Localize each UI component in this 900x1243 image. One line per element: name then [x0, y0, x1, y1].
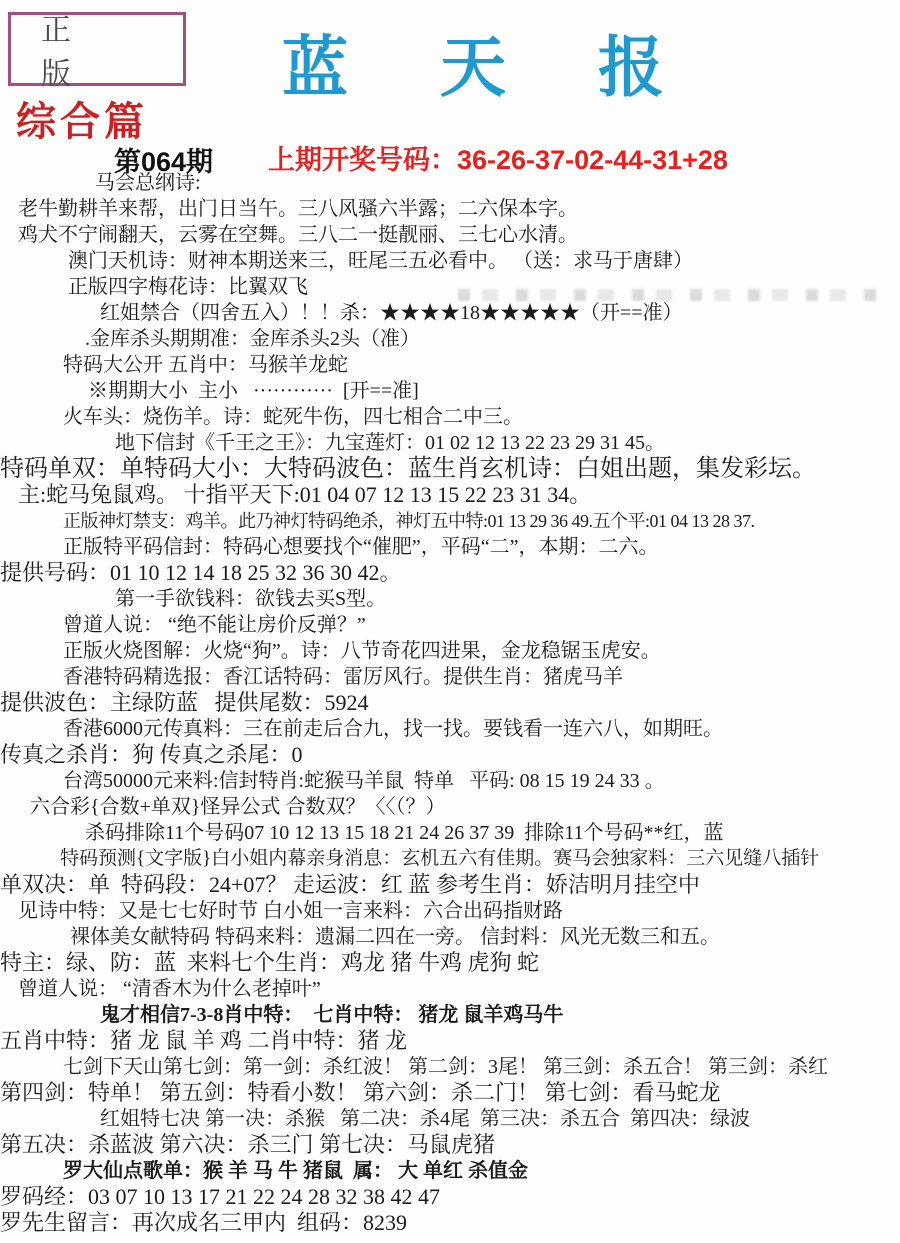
text-line: 火车头：烧伤羊。诗：蛇死牛伤，四七相合二中三。 [0, 404, 900, 430]
text-line: 单双决：单 特码段：24+07？ 走运波：红 蓝 参考生肖：娇洁明月挂空中 [0, 872, 900, 898]
text-line: 香港特码精选报：香江话特码：雷厉风行。提供生肖：猪虎马羊 [0, 664, 900, 690]
text-line: 杀码排除11个号码07 10 12 13 15 18 21 24 26 37 3… [0, 820, 900, 846]
text-line: 马会总纲诗: [0, 170, 900, 196]
text-line: 见诗中特：又是七七好时节 白小姐一言来料：六合出码指财路 [0, 898, 900, 924]
text-line: 特码预测{文字版}白小姐内幕亲身消息：玄机五六有佳期。赛马会独家料：三六见缝八插… [0, 846, 900, 872]
edition-badge: 正 版 [8, 12, 186, 86]
text-line: 鸡犬不宁闹翻天，云雾在空舞。三八二一挺靓丽、三七心水清。 [0, 222, 900, 248]
body-lines: 马会总纲诗:老牛勤耕羊来帮，出门日当午。三八风骚六半露；二六保本字。鸡犬不宁闹翻… [0, 170, 900, 1236]
text-line: 特主：绿、防：蓝 来料七个生肖：鸡龙 猪 牛鸡 虎狗 蛇 [0, 950, 900, 976]
text-line: 正版特平码信封：特码心想要找个“催肥”，平码“二”，本期：二六。 [0, 534, 900, 560]
text-line: 鬼才相信7-3-8肖中特： 七肖中特： 猪龙 鼠羊鸡马牛 [0, 1002, 900, 1028]
text-line: 七剑下天山第七剑：第一剑：杀红波！ 第二剑：3尾！ 第三剑：杀五合！ 第三剑：杀… [0, 1054, 900, 1080]
text-line: 澳门天机诗：财神本期送来三，旺尾三五必看中。 （送：求马于唐肆） [0, 248, 900, 274]
text-line: ※期期大小 主小 ············ [开==准] [0, 378, 900, 404]
text-line: 罗先生留言：再次成名三甲内 组码：8239 [0, 1210, 900, 1236]
text-line: .金库杀头期期准：金库杀头2头（准） [0, 326, 900, 352]
text-line: 台湾50000元来料:信封特肖:蛇猴马羊鼠 特单 平码: 08 15 19 24… [0, 768, 900, 794]
text-line: 提供号码：01 10 12 14 18 25 32 36 30 42。 [0, 560, 900, 586]
text-line: 五肖中特：猪 龙 鼠 羊 鸡 二肖中特：猪 龙 [0, 1028, 900, 1054]
text-line: 特码大公开 五肖中：马猴羊龙蛇 [0, 352, 900, 378]
text-line: 罗大仙点歌单：猴 羊 马 牛 猪鼠 属： 大 单红 杀值金 [0, 1158, 900, 1184]
text-line: 地下信封《千王之王》：九宝莲灯：01 02 12 13 22 23 29 31 … [0, 430, 900, 456]
text-line: 正版四字梅花诗：比翼双飞 [0, 274, 900, 300]
text-line: 老牛勤耕羊来帮，出门日当午。三八风骚六半露；二六保本字。 [0, 196, 900, 222]
newspaper-sheet: 正 版 蓝天报 综合篇 第064期 上期开奖号码：36-26-37-02-44-… [0, 0, 900, 1243]
text-line: 第一手欲钱料：欲钱去买S型。 [0, 586, 900, 612]
page-title: 蓝天报 [282, 14, 756, 109]
text-line: 红姐特七决 第一决：杀猴 第二决：杀4尾 第三决：杀五合 第四决：绿波 [0, 1106, 900, 1132]
text-line: 曾道人说： “绝不能让房价反弹？” [0, 612, 900, 638]
edition-badge-label: 正 版 [41, 5, 183, 93]
section-title: 综合篇 [16, 90, 148, 147]
text-line: 正版神灯禁支：鸡羊。此乃神灯特码绝杀，神灯五中特:01 13 29 36 49.… [0, 508, 900, 534]
text-line: 曾道人说： “清香木为什么老掉叶” [0, 976, 900, 1002]
text-line: 主:蛇马兔鼠鸡。 十指平天下:01 04 07 12 13 15 22 23 3… [0, 482, 900, 508]
text-line: 第五决：杀蓝波 第六决：杀三门 第七决：马鼠虎猪 [0, 1132, 900, 1158]
text-line: 香港6000元传真料：三在前走后合九，找一找。要钱看一连六八，如期旺。 [0, 716, 900, 742]
text-line: 罗码经：03 07 10 13 17 21 22 24 28 32 38 42 … [0, 1184, 900, 1210]
text-line: 红姐禁合（四舍五入）！！杀：★★★★18★★★★★（开==准） [0, 300, 900, 326]
text-line: 传真之杀肖：狗 传真之杀尾：0 [0, 742, 900, 768]
text-line: 六合彩{合数+单双}怪异公式 合数双？〈〈（？） [0, 794, 900, 820]
text-line: 特码单双：单特码大小：大特码波色：蓝生肖玄机诗：白姐出题，集发彩坛。 [0, 456, 900, 482]
text-line: 正版火烧图解：火烧“狗”。诗：八节奇花四进果，金龙稳锯玉虎安。 [0, 638, 900, 664]
text-line: 提供波色：主绿防蓝 提供尾数：5924 [0, 690, 900, 716]
text-line: 裸体美女献特码 特码来料：遗漏二四在一旁。 信封料：风光无数三和五。 [0, 924, 900, 950]
text-line: 第四剑：特单！ 第五剑：特看小数！ 第六剑：杀二门！ 第七剑：看马蛇龙 [0, 1080, 900, 1106]
